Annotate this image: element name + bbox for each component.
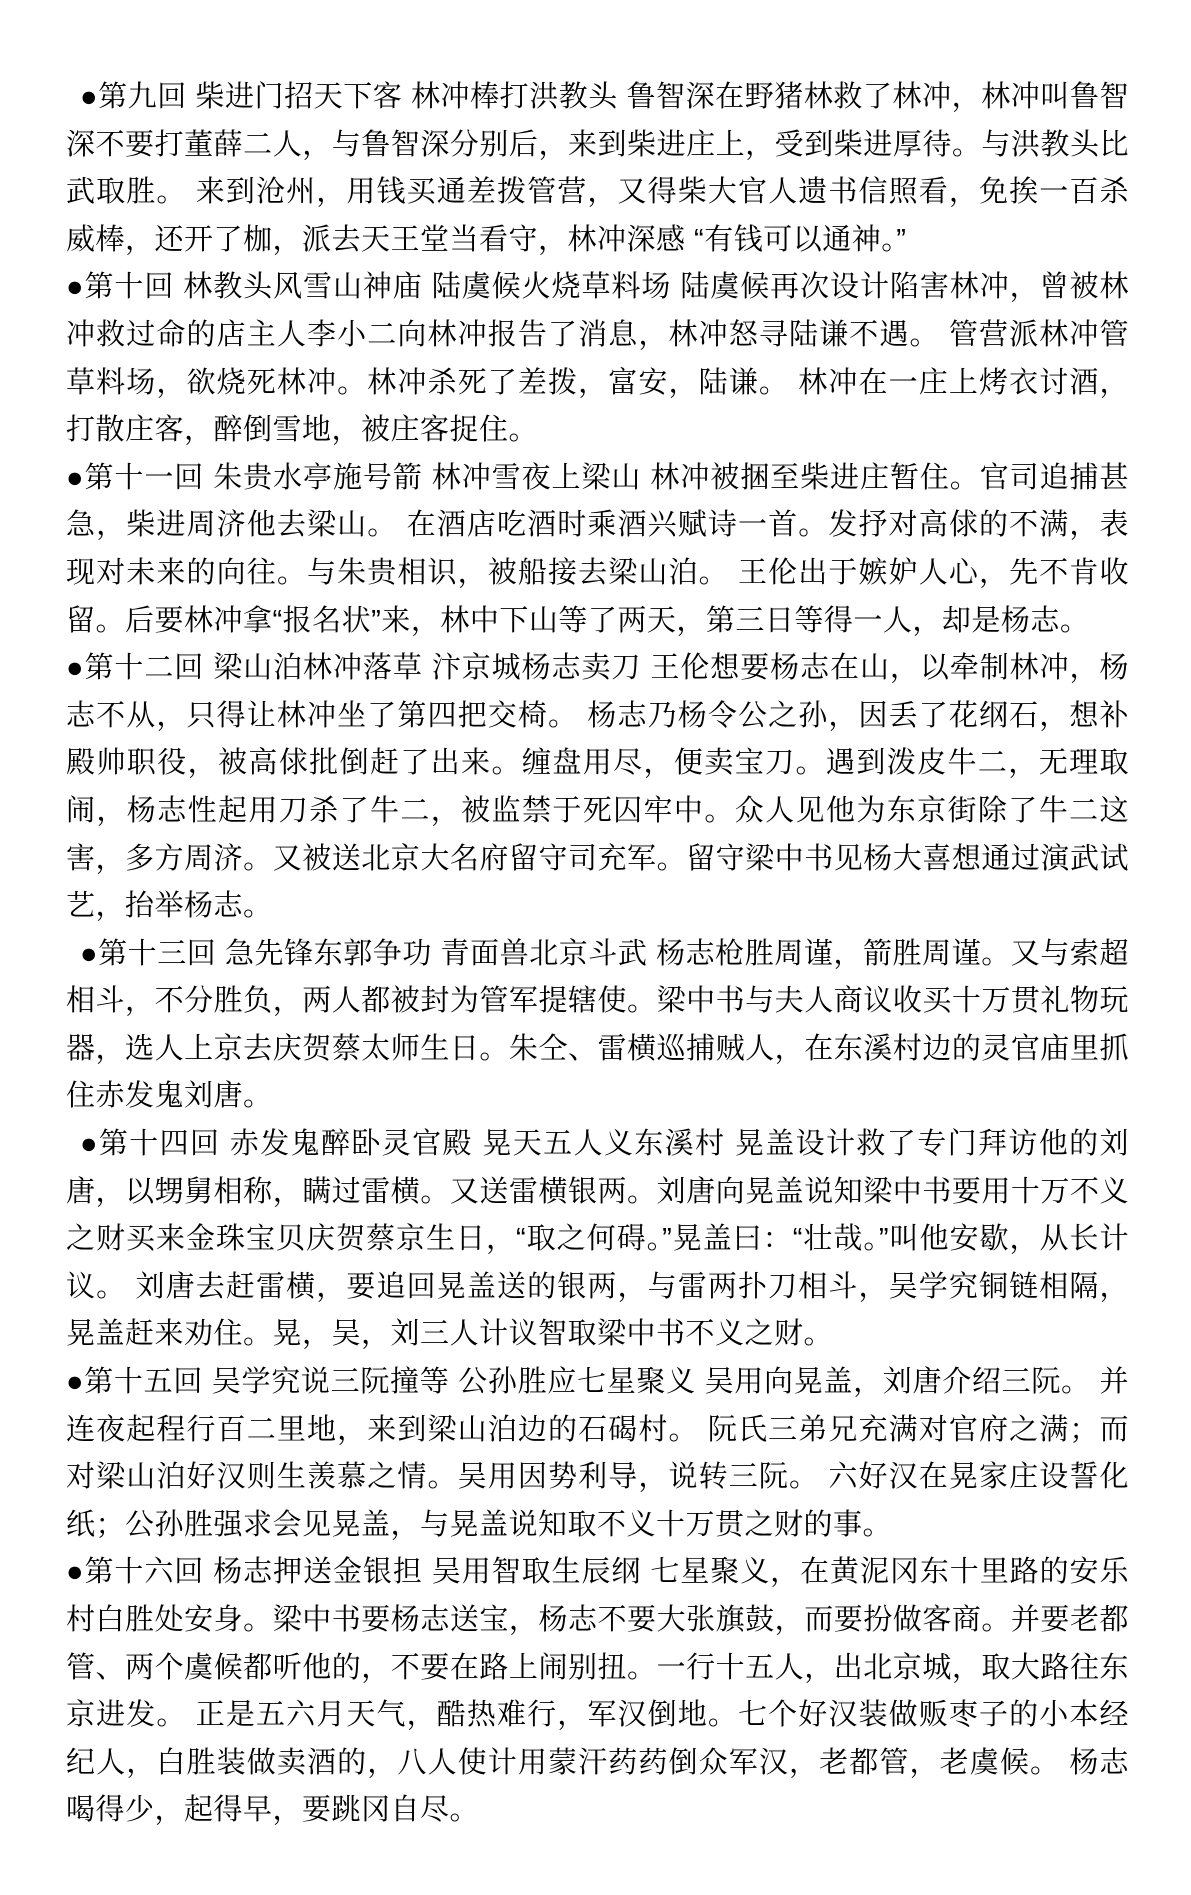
chapter-12-summary: 王伦想要杨志在山，以牵制林冲，杨志不从，只得让林冲坐了第四把交椅。 杨志乃杨令公… <box>66 652 1129 922</box>
chapter-12-paragraph: ●第十二回 梁山泊林冲落草 汴京城杨志卖刀 王伦想要杨志在山，以牵制林冲，杨志不… <box>66 645 1129 931</box>
chapter-16-title: 杨志押送金银担 吴用智取生辰纲 <box>213 1556 650 1588</box>
chapter-10-bullet-and-number: ●第十回 <box>66 271 183 303</box>
chapter-9-title: 柴进门招天下客 林冲棒打洪教头 <box>195 81 626 113</box>
chapter-11-bullet-and-number: ●第十一回 <box>66 462 213 494</box>
chapter-10-title: 林教头风雪山神庙 陆虞候火烧草料场 <box>183 271 680 303</box>
chapter-14-bullet-and-number: ●第十四回 <box>80 1128 230 1160</box>
chapter-9-bullet-and-number: ●第九回 <box>80 81 195 113</box>
chapter-11-paragraph: ●第十一回 朱贵水亭施号箭 林冲雪夜上梁山 林冲被捆至柴进庄暂住。官司追捕甚急，… <box>66 455 1129 645</box>
chapter-summaries-text: ●第九回 柴进门招天下客 林冲棒打洪教头 鲁智深在野猪林救了林冲，林冲叫鲁智深不… <box>66 74 1129 1835</box>
chapter-13-title: 急先锋东郭争功 青面兽北京斗武 <box>225 938 656 970</box>
chapter-9-paragraph: ●第九回 柴进门招天下客 林冲棒打洪教头 鲁智深在野猪林救了林冲，林冲叫鲁智深不… <box>66 74 1129 264</box>
chapter-15-paragraph: ●第十五回 吴学究说三阮撞等 公孙胜应七星聚义 吴用向晃盖，刘唐介绍三阮。 并连… <box>66 1359 1129 1549</box>
chapter-13-paragraph: ●第十三回 急先锋东郭争功 青面兽北京斗武 杨志枪胜周谨，箭胜周谨。又与索超相斗… <box>66 931 1129 1121</box>
chapter-15-title: 吴学究说三阮撞等 公孙胜应七星聚义 <box>212 1366 705 1398</box>
chapter-12-title: 梁山泊林冲落草 汴京城杨志卖刀 <box>213 652 650 684</box>
chapter-15-bullet-and-number: ●第十五回 <box>66 1366 212 1398</box>
chapter-14-summary: 晃盖设计救了专门拜访他的刘唐，以甥舅相称，瞒过雷横。又送雷横银两。刘唐向晃盖说知… <box>66 1128 1129 1350</box>
chapter-16-paragraph: ●第十六回 杨志押送金银担 吴用智取生辰纲 七星聚义，在黄泥冈东十里路的安乐村白… <box>66 1549 1129 1835</box>
chapter-11-title: 朱贵水亭施号箭 林冲雪夜上梁山 <box>213 462 650 494</box>
chapter-10-paragraph: ●第十回 林教头风雪山神庙 陆虞候火烧草料场 陆虞候再次设计陷害林冲，曾被林冲救… <box>66 264 1129 454</box>
chapter-16-bullet-and-number: ●第十六回 <box>66 1556 213 1588</box>
chapter-12-bullet-and-number: ●第十二回 <box>66 652 213 684</box>
chapter-14-title: 赤发鬼醉卧灵官殿 晃天五人义东溪村 <box>230 1128 735 1160</box>
chapter-14-paragraph: ●第十四回 赤发鬼醉卧灵官殿 晃天五人义东溪村 晃盖设计救了专门拜访他的刘唐，以… <box>66 1121 1129 1359</box>
chapter-16-summary: 七星聚义，在黄泥冈东十里路的安乐村白胜处安身。梁中书要杨志送宝，杨志不要大张旗鼓… <box>66 1556 1129 1826</box>
chapter-13-bullet-and-number: ●第十三回 <box>80 938 225 970</box>
document-page: ●第九回 柴进门招天下客 林冲棒打洪教头 鲁智深在野猪林救了林冲，林冲叫鲁智深不… <box>0 0 1191 1895</box>
